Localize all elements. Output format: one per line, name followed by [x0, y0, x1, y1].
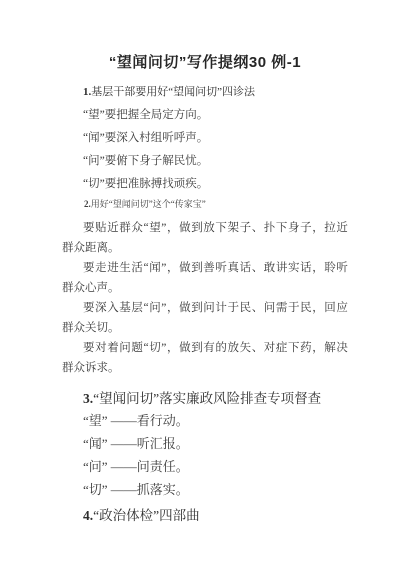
- section-1-heading: 1.基层干部要用好“望闻问切”四诊法: [62, 81, 367, 104]
- outline-line: “切”要把准脉搏找顽疾。: [62, 173, 367, 196]
- section-2-number: 2.: [84, 199, 91, 209]
- section-4-heading: 4.“政治体检”四部曲: [62, 506, 367, 526]
- outline-line: “闻”要深入村组听呼声。: [62, 127, 367, 150]
- section-4-title: “政治体检”四部曲: [93, 508, 199, 523]
- paragraph-line: 要走进生活“闻”，做到善听真话、敢讲实话，聆听: [62, 258, 367, 278]
- paragraph-line: 要深入基层“问”，做到问计于民、问需于民，回应: [62, 298, 367, 318]
- section-2-title: 用好“望闻问切”这个“传家宝”: [91, 199, 206, 209]
- outline-line: “切” ——抓落实。: [62, 478, 367, 501]
- paragraph-line: 群众关切。: [62, 318, 367, 338]
- outline-paragraph: 要走进生活“闻”，做到善听真话、敢讲实话，聆听 群众心声。: [62, 258, 367, 298]
- section-3-title: “望闻问切”落实廉政风险排查专项督查: [93, 391, 321, 406]
- outline-line: “望” ——看行动。: [62, 409, 367, 432]
- paragraph-line: 要贴近群众“望”，做到放下架子、扑下身子，拉近: [62, 218, 367, 238]
- section-1: 1.基层干部要用好“望闻问切”四诊法 “望”要把握全局定方向。 “闻”要深入村组…: [62, 81, 367, 196]
- paragraph-line: 群众心声。: [62, 278, 367, 298]
- document-title: “望闻问切”写作提纲30 例-1: [0, 52, 410, 74]
- outline-line: “问”要俯下身子解民忧。: [62, 150, 367, 173]
- section-2-heading: 2.用好“望闻问切”这个“传家宝”: [62, 196, 367, 212]
- outline-line: “问” ——问责任。: [62, 455, 367, 478]
- section-1-number: 1.: [83, 86, 91, 98]
- document-page: “望闻问切”写作提纲30 例-1 1.基层干部要用好“望闻问切”四诊法 “望”要…: [0, 0, 410, 580]
- section-3-heading: 3.“望闻问切”落实廉政风险排查专项督查: [62, 389, 367, 409]
- section-3: 3.“望闻问切”落实廉政风险排查专项督查 “望” ——看行动。 “闻” ——听汇…: [62, 389, 367, 501]
- section-4-number: 4.: [83, 508, 93, 523]
- section-3-number: 3.: [83, 391, 93, 406]
- paragraph-line: 群众距离。: [62, 238, 367, 258]
- outline-line: “望”要把握全局定方向。: [62, 104, 367, 127]
- outline-line: “闻” ——听汇报。: [62, 432, 367, 455]
- paragraph-line: 群众诉求。: [62, 358, 367, 378]
- outline-paragraph: 要深入基层“问”，做到问计于民、问需于民，回应 群众关切。: [62, 298, 367, 338]
- section-2: 2.用好“望闻问切”这个“传家宝” 要贴近群众“望”，做到放下架子、扑下身子，拉…: [62, 196, 367, 378]
- outline-paragraph: 要对着问题“切”，做到有的放矢、对症下药，解决 群众诉求。: [62, 338, 367, 378]
- section-4: 4.“政治体检”四部曲: [62, 506, 367, 526]
- section-1-title: 基层干部要用好“望闻问切”四诊法: [91, 86, 255, 98]
- outline-paragraph: 要贴近群众“望”，做到放下架子、扑下身子，拉近 群众距离。: [62, 218, 367, 258]
- paragraph-line: 要对着问题“切”，做到有的放矢、对症下药，解决: [62, 338, 367, 358]
